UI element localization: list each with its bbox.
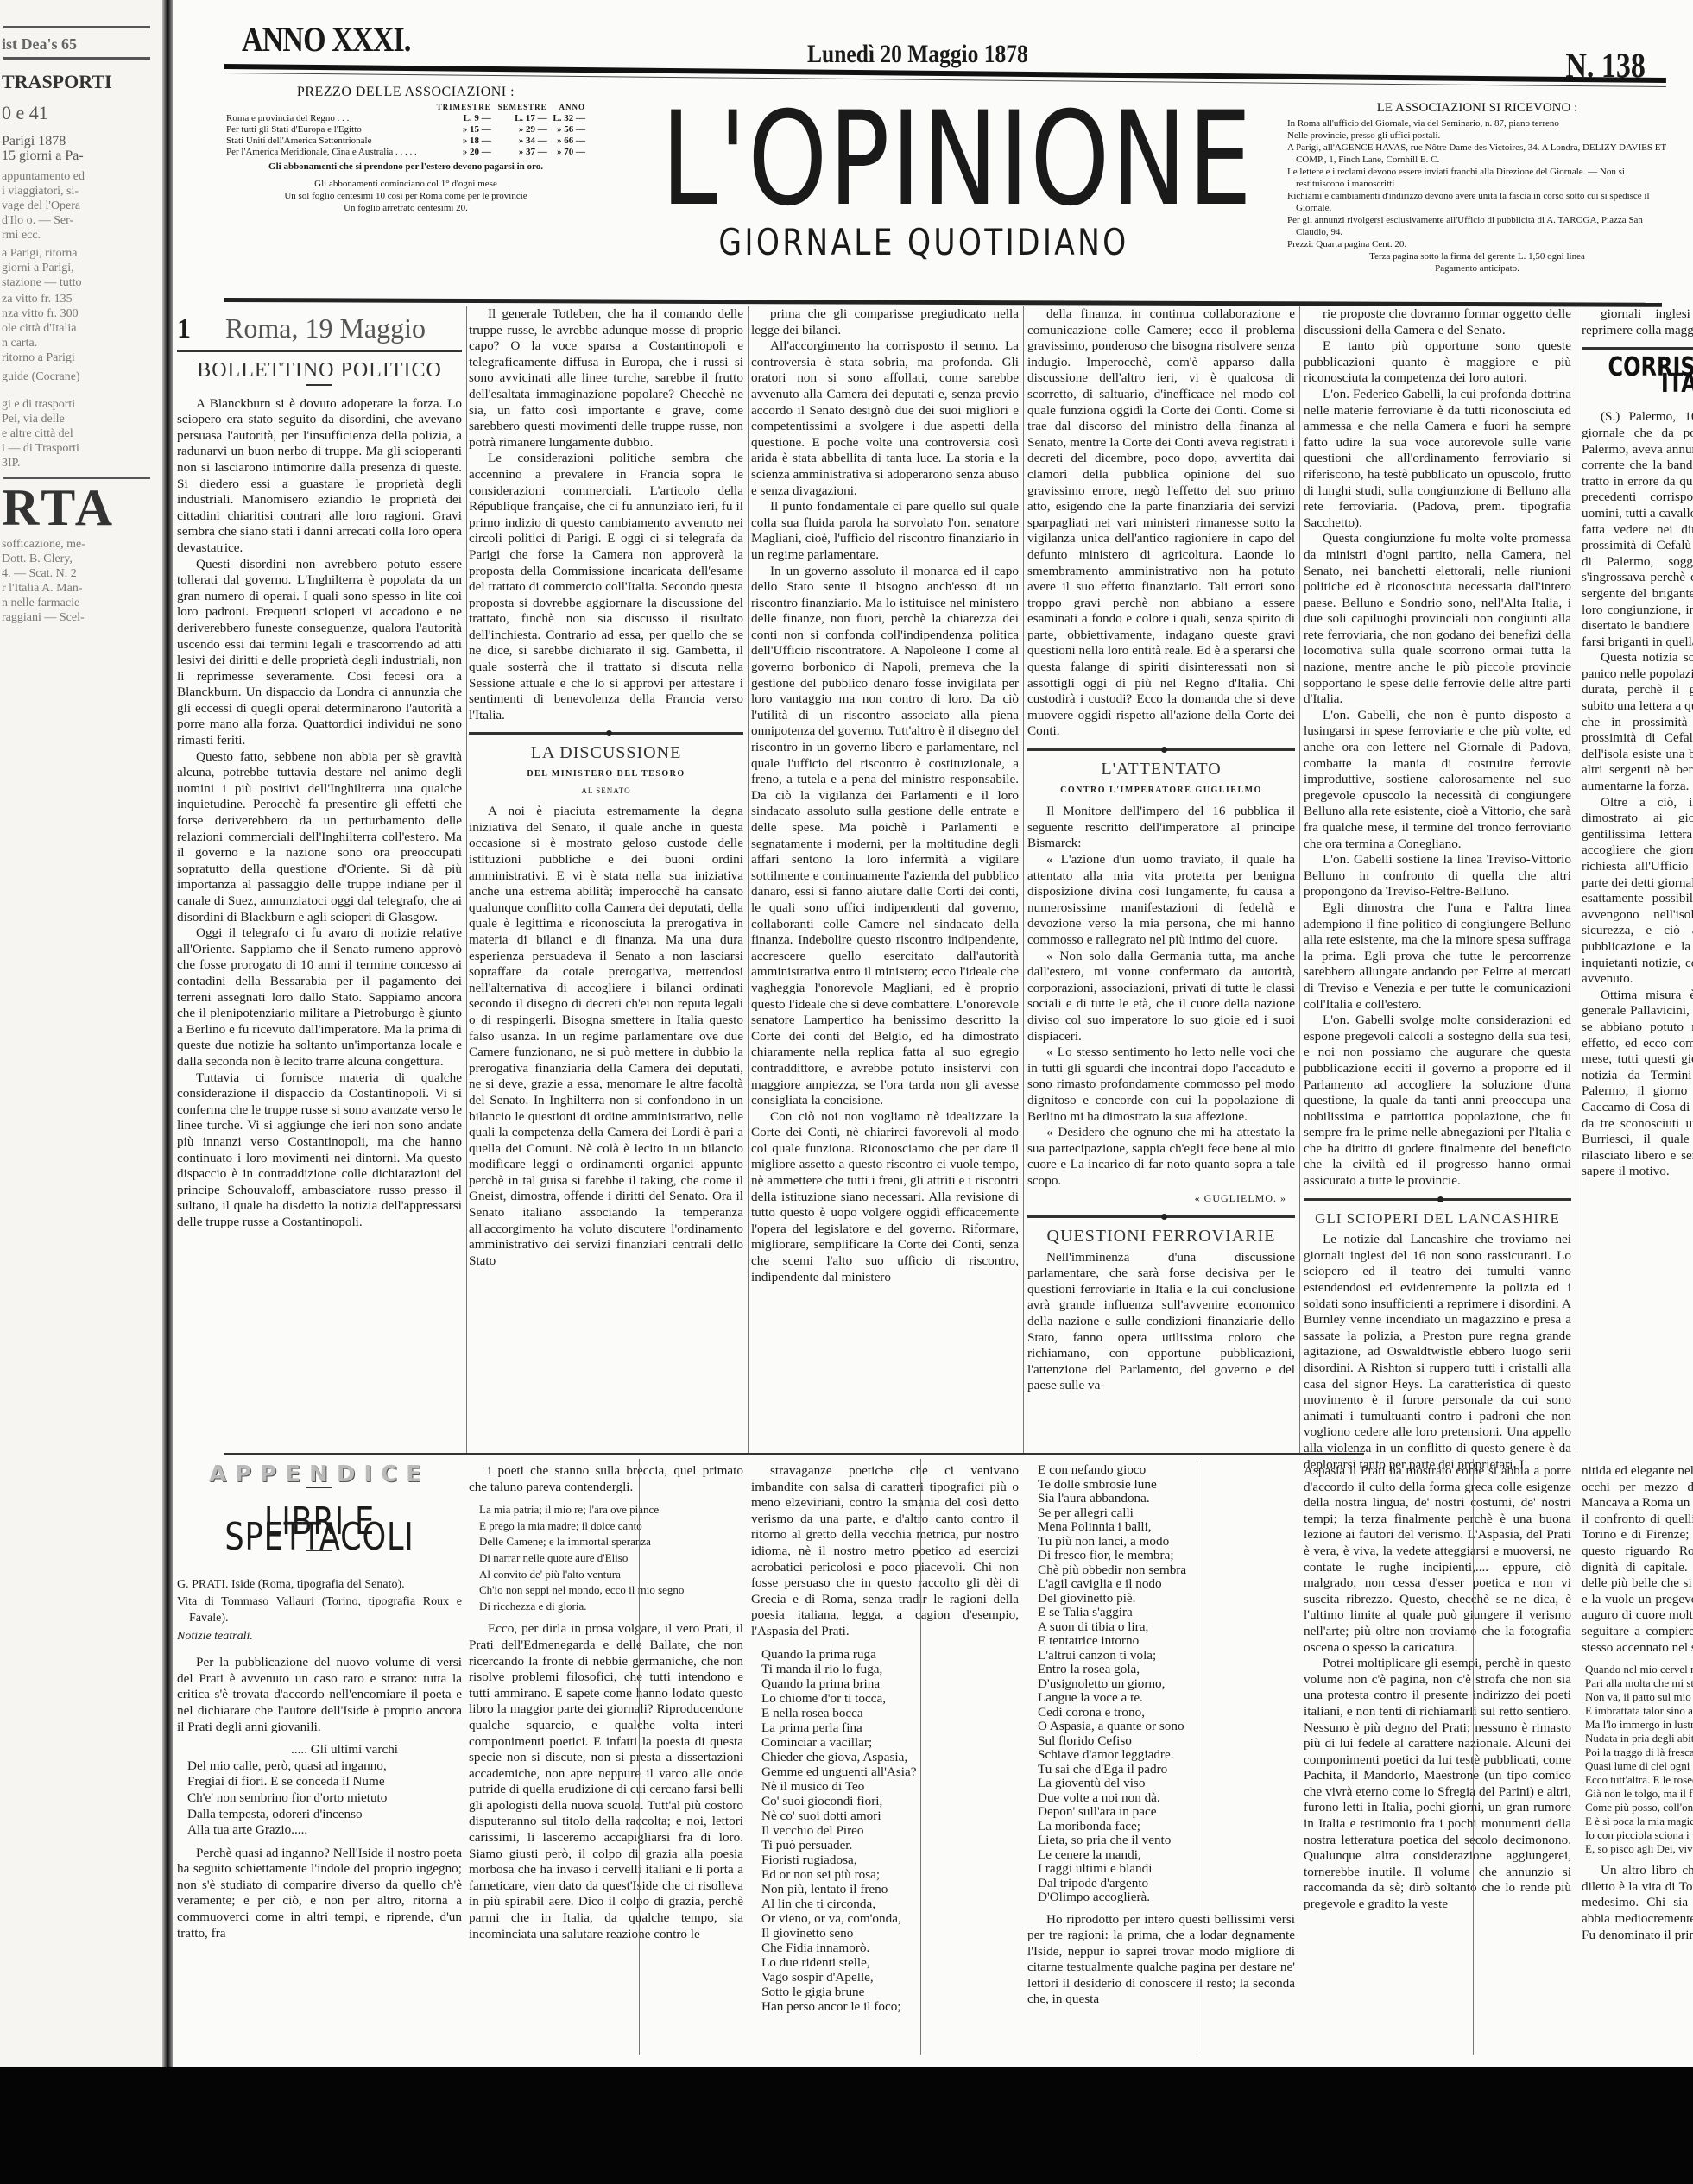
column-6: giornali inglesi invitano il governo a r… <box>1582 306 1693 1455</box>
divider <box>3 57 150 60</box>
scan-background <box>0 2067 1693 2184</box>
paragraph: Il generale Totleben, che ha il comando … <box>469 306 743 451</box>
paragraph: giornali inglesi invitano il governo a r… <box>1582 306 1693 338</box>
verse-line: O Aspasia, a quante or sono <box>1038 1720 1295 1734</box>
verse-line: Quando la prima brina <box>761 1676 1019 1691</box>
assoc-line: Nelle provincie, presso gli uffici posta… <box>1287 129 1667 142</box>
verse-line: Nè co' suoi dotti amori <box>761 1808 1019 1823</box>
section-heading: L'ATTENTATO <box>1027 761 1295 778</box>
appendix-label: APPENDICE <box>177 1467 462 1483</box>
paragraph: Questi disordini non avrebbero potuto es… <box>177 557 462 749</box>
paragraph: Il Monitore dell'impero del 16 pubblica … <box>1027 804 1295 852</box>
verse-line: Delle Camene; e la immortal speranza <box>479 1534 743 1550</box>
verse-line: Due volte a noi non dà. <box>1038 1791 1295 1806</box>
paragraph: Ecco, per dirla in prosa volgare, il ver… <box>469 1621 743 1942</box>
verse-line: La prima perla fina <box>761 1720 1019 1735</box>
paragraph: E tanto più opportune sono queste pubbli… <box>1304 338 1571 387</box>
verse-line: L'agil caviglia e il nodo <box>1038 1577 1295 1592</box>
paragraph: Questa notizia sollevò naturalmente un c… <box>1582 650 1693 794</box>
verse-line: I raggi ultimi e blandi <box>1038 1862 1295 1877</box>
appendix-column-5: Aspasia il Prati ha mostrato come si abb… <box>1304 1463 1571 2059</box>
verse-line: La mia patria; il mio re; l'ara ove pian… <box>479 1502 743 1518</box>
fragment: a Parigi, ritorna giorni a Parigi, stazi… <box>2 246 154 290</box>
paragraph: stravaganze poetiche che ci venivano imb… <box>751 1463 1019 1640</box>
column-separator <box>1576 306 1576 1455</box>
col-header: TRIMESTRE <box>431 102 492 113</box>
verse-line: Chè più obbedir non sembra <box>1038 1563 1295 1578</box>
paragraph: nitida ed elegante nella quale ci viene … <box>1582 1463 1693 1656</box>
verse-line: Già non le tolgo, ma il fo gentili, <box>1585 1787 1693 1801</box>
verse-line: Nudata in pria degli abiti pitocchi, <box>1585 1732 1693 1745</box>
section-rule <box>1027 1215 1295 1218</box>
verse-line: Schiave d'amor leggiadre. <box>1038 1748 1295 1763</box>
verse-line: Quasi lume di ciel ogni sua parte. <box>1585 1759 1693 1773</box>
verse-line: Ch'e' non sembrino fior d'orto mietuto <box>187 1790 462 1807</box>
verse-line: E prego la mia madre; il dolce canto <box>479 1518 743 1535</box>
price-value: » 18 — <box>431 136 492 147</box>
verse-line: E imbrattata talor sino ai ginocchi. <box>1585 1704 1693 1718</box>
column-separator <box>748 306 749 1455</box>
verse-line: Sul florido Cefiso <box>1038 1734 1295 1749</box>
assoc-line: Per gli annunzi rivolgersi esclusivament… <box>1287 214 1667 238</box>
assoc-line: Pagamento anticipato. <box>1287 262 1667 275</box>
section-kicker: CONTRO L'IMPERATORE GUGLIELMO <box>1027 783 1295 799</box>
appendix-rule <box>224 1453 1364 1455</box>
verse-line: Di fresco fior, le membra; <box>1038 1549 1295 1563</box>
verse-line: Cedi corona e trono, <box>1038 1706 1295 1720</box>
verse-line: Gemme ed unguenti all'Asia? <box>761 1764 1019 1779</box>
verse-line: Ti può persuader. <box>761 1838 1019 1853</box>
subscription-prices: PREZZO DELLE ASSOCIAZIONI : TRIMESTRE SE… <box>224 85 587 214</box>
verse-line: Quando nel mio cervel nasce una gente <box>1585 1663 1693 1676</box>
paragraph: Egli dimostra che l'una e l'altra linea … <box>1304 900 1571 1013</box>
price-row: Roma e provincia del Regno . . . L. 9 — … <box>224 113 587 124</box>
paragraph: « Lo stesso sentimento ho letto nelle vo… <box>1027 1045 1295 1125</box>
verse-line: Fioristi rugiadosa, <box>761 1853 1019 1867</box>
verse-line: La gioventù del viso <box>1038 1777 1295 1791</box>
assoc-line: Terza pagina sotto la firma del gerente … <box>1287 250 1667 262</box>
section-heading: BOLLETTINO POLITICO <box>177 363 462 379</box>
adjacent-page-strip: ist Dea's 65 TRASPORTI 0 e 41 Parigi 187… <box>0 0 173 2067</box>
section-rule <box>1304 1198 1571 1201</box>
fragment: gi e di trasporti Pei, via delle e altre… <box>2 397 154 470</box>
paragraph: « L'azione d'un uomo traviato, il quale … <box>1027 852 1295 949</box>
verse-line: Non più, lentato il freno <box>761 1882 1019 1897</box>
reference: Notizie teatrali. <box>177 1629 462 1645</box>
section-rule <box>1027 748 1295 751</box>
paragraph: Potrei moltiplicare gli esempi, perchè i… <box>1304 1656 1571 1913</box>
price-row: Stati Uniti dell'America Settentrionale … <box>224 136 587 147</box>
verse-line: Lieta, so pria che il vento <box>1038 1834 1295 1848</box>
verse: Quando la prima ruga Ti manda il rio lo … <box>761 1647 1019 2014</box>
paragraph: prima che gli comparisse pregiudicato ne… <box>751 306 1019 338</box>
fragment: appuntamento ed i viaggiatori, si- vage … <box>2 169 154 243</box>
assoc-heading: LE ASSOCIAZIONI SI RICEVONO : <box>1287 102 1667 114</box>
paragraph: rie proposte che dovranno formar oggetto… <box>1304 306 1571 338</box>
verse-line: Alla tua arte Grazio..... <box>187 1822 462 1839</box>
paragraph: L'on. Federico Gabelli, la cui profonda … <box>1304 387 1571 531</box>
verse-line: Il vecchio del Pireo <box>761 1823 1019 1838</box>
column-4: della finanza, in continua collaborazion… <box>1027 306 1295 1455</box>
column-2: Il generale Totleben, che ha il comando … <box>469 306 743 1455</box>
column-separator <box>920 1459 921 2055</box>
price-value: » 56 — <box>549 124 587 136</box>
price-label: Per l'America Meridionale, Cina e Austra… <box>224 147 431 158</box>
verse: ..... Gli ultimi varchi Del mio calle, p… <box>187 1742 462 1839</box>
price-value: L. 9 — <box>431 113 492 124</box>
paragraph: A noi è piaciuta estremamente la degna i… <box>469 804 743 1269</box>
verse-line: Dalla tempesta, odoreri d'incenso <box>187 1807 462 1823</box>
paragraph: L'on. Gabelli, che non è punto disposto … <box>1304 708 1571 852</box>
verse-line: Ch'io non seppi nel mondo, ecco il mio s… <box>479 1582 743 1599</box>
paragraph: L'on. Gabelli svolge molte considerazion… <box>1304 1013 1571 1190</box>
price-value: » 29 — <box>493 124 549 136</box>
paragraph: L'on. Gabelli sostiene la linea Treviso-… <box>1304 852 1571 900</box>
section-rule <box>469 732 743 735</box>
column-separator <box>1299 306 1300 1455</box>
verse: La mia patria; il mio re; l'ara ove pian… <box>479 1502 743 1614</box>
prices-table: TRIMESTRE SEMESTRE ANNO Roma e provincia… <box>224 102 587 158</box>
paragraph: « Non solo dalla Germania tutta, ma anch… <box>1027 949 1295 1045</box>
price-value: » 20 — <box>431 147 492 158</box>
section-heading: GLI SCIOPERI DEL LANCASHIRE <box>1304 1211 1571 1228</box>
fragment: sofficazione, me- Dott. B. Clery, 4. — S… <box>2 537 154 625</box>
verse-line: Ecco tutt'altra. E le roseo lino e il pi… <box>1585 1773 1693 1787</box>
verse-line: Ma l'lo immergo in lustrali acque repent… <box>1585 1718 1693 1732</box>
paragraph: Aspasia il Prati ha mostrato come si abb… <box>1304 1463 1571 1656</box>
price-label: Per tutti gli Stati d'Europa e l'Egitto <box>224 124 431 136</box>
section-kicker: AL SENATO <box>469 783 743 799</box>
verse-line: Tu più non lanci, a modo <box>1038 1535 1295 1550</box>
appendix-column-1: APPENDICE LIBRI E SPETTACOLI G. PRATI. I… <box>177 1463 462 2059</box>
col-header: SEMESTRE <box>493 102 549 113</box>
dateline: 1 Roma, 19 Maggio <box>177 306 462 352</box>
verse-line: Te dolle smbrosie lune <box>1038 1478 1295 1493</box>
appendix-column-4: E con nefando gioco Te dolle smbrosie lu… <box>1027 1463 1295 2059</box>
reviewed-works: G. PRATI. Iside (Roma, tipografia del Se… <box>177 1577 462 1644</box>
paragraph: Questa congiunzione fu molte volte prome… <box>1304 531 1571 708</box>
verse-line: Han perso ancor le il foco; <box>761 1999 1019 2014</box>
reference: Vita di Tommaso Vallauri (Torino, tipogr… <box>177 1594 462 1626</box>
section-heading: CORRISPONDENZE ITALIANE <box>1608 360 1693 392</box>
newspaper-title: L'OPINIONE <box>661 95 1186 224</box>
verse-line: Quando la prima ruga <box>761 1647 1019 1662</box>
signature: « GUGLIELMO. » <box>1027 1190 1286 1207</box>
price-label: Stati Uniti dell'America Settentrionale <box>224 136 431 147</box>
col-header: ANNO <box>549 102 587 113</box>
appendix-column-6: nitida ed elegante nella quale ci viene … <box>1582 1463 1693 2059</box>
paragraph: Ho riprodotto per intero questi bellissi… <box>1027 1912 1295 2009</box>
price-value: » 34 — <box>493 136 549 147</box>
paragraph: Nell'imminenza d'una discussione parlame… <box>1027 1250 1295 1394</box>
verse-line: Vago sospir d'Apelle, <box>761 1970 1019 1985</box>
paragraph: Le notizie dal Lancashire che troviamo n… <box>1304 1232 1571 1473</box>
verse-line: Al convito de' più l'alto ventura <box>479 1567 743 1583</box>
prices-note: Un sol foglio centesimi 10 così per Roma… <box>224 190 587 202</box>
verse-line: Di ricchezza e di gloria. <box>479 1599 743 1615</box>
appendix-column-2: i poeti che stanno sulla breccia, quel p… <box>469 1463 743 2059</box>
paragraph: Tuttavia ci fornisce materia di qualche … <box>177 1070 462 1231</box>
masthead: L'OPINIONE GIORNALE QUOTIDIANO <box>587 95 1260 263</box>
column-separator <box>466 306 467 1455</box>
section-rule <box>1582 347 1693 350</box>
column-3: prima che gli comparisse pregiudicato ne… <box>751 306 1019 1455</box>
fragment: Parigi 1878 15 giorni a Pa- <box>2 134 154 163</box>
verse-line: E, so pisco agli Dei, vivere in carte. <box>1585 1842 1693 1856</box>
verse-line: Io con picciola sciona i vili <box>1585 1828 1693 1842</box>
assoc-line: A Parigi, all'AGENCE HAVAS, rue Nôtre Da… <box>1287 142 1667 166</box>
verse-line: Come più posso, coll'onor del canto. <box>1585 1801 1693 1815</box>
subscription-info: LE ASSOCIAZIONI SI RICEVONO : In Roma al… <box>1287 102 1667 275</box>
fragment: TRASPORTI <box>2 71 154 93</box>
price-value: L. 32 — <box>549 113 587 124</box>
verse-line: Lo chiome d'or ti tocca, <box>761 1691 1019 1706</box>
verse-line: Il giovinetto seno <box>761 1926 1019 1941</box>
paragraph: « Desidero che ognuno che mi ha attestat… <box>1027 1125 1295 1189</box>
fragment: za vitto fr. 135 nza vitto fr. 300 ole c… <box>2 292 154 365</box>
paragraph: Le considerazioni politiche sembra che a… <box>469 451 743 723</box>
column-separator <box>1023 306 1024 1455</box>
verse-line: Depon' sull'ara in pace <box>1038 1805 1295 1820</box>
gold-payment-note: Gli abbonamenti che si prendono per l'es… <box>224 161 587 173</box>
appendix-title: LIBRI E SPETTACOLI <box>205 1514 433 1546</box>
volume-label: ANNO XXXI. <box>242 19 411 60</box>
verse-line: Langue la voce a te. <box>1038 1691 1295 1706</box>
verse-line: A suon di tibia o lira, <box>1038 1620 1295 1635</box>
paragraph: Con ciò noi non vogliamo nè idealizzare … <box>751 1109 1019 1286</box>
paragraph: Ottima misura è senza dubbio questa del … <box>1582 988 1693 1180</box>
page-number: 1 <box>177 306 191 350</box>
divider <box>3 26 150 28</box>
paragraph: Il punto fondamentale ci pare quello sul… <box>751 499 1019 563</box>
dateline-text: Roma, 19 Maggio <box>225 306 426 350</box>
price-label: Roma e provincia del Regno . . . <box>224 113 431 124</box>
section-heading: QUESTIONI FERROVIARIE <box>1027 1228 1295 1245</box>
verse-line: Le cenere la mandi, <box>1038 1848 1295 1863</box>
verse-line: Or vieno, or va, com'onda, <box>761 1911 1019 1926</box>
column-5: rie proposte che dovranno formar oggetto… <box>1304 306 1571 1455</box>
prices-heading: PREZZO DELLE ASSOCIAZIONI : <box>224 85 587 100</box>
verse-line: E con nefando gioco <box>1038 1463 1295 1478</box>
verse-line: Poi la traggo di là fresca e nitente <box>1585 1745 1693 1759</box>
verse-line: Se per allegri calli <box>1038 1506 1295 1521</box>
paragraph: i poeti che stanno sulla breccia, quel p… <box>469 1463 743 1495</box>
fragment: RTA <box>2 480 154 535</box>
paragraph: All'accorgimento ha corrisposto il senno… <box>751 338 1019 499</box>
verse-line: Pari alla molta che mi sta sugli occhi, <box>1585 1676 1693 1690</box>
verse-line: Lo due ridenti stelle, <box>761 1955 1019 1970</box>
paragraph: Per la pubblicazione del nuovo volume di… <box>177 1655 462 1735</box>
verse-line: Del mio calle, però, quasi ad inganno, <box>187 1758 462 1775</box>
verse-line: Sia l'aura abbandona. <box>1038 1492 1295 1506</box>
verse-line: Ti manda il rio lo fuga, <box>761 1662 1019 1676</box>
verse-line: Nè il musico di Teo <box>761 1779 1019 1794</box>
paragraph: Questo fatto, sebbene non abbia per sè g… <box>177 749 462 926</box>
verse-line: E nella rosea bocca <box>761 1706 1019 1720</box>
verse-line: D'usignoletto un giorno, <box>1038 1677 1295 1692</box>
verse-line: L'altrui canzon ti vola; <box>1038 1649 1295 1663</box>
paragraph: (S.) Palermo, 16 maggio. — La Vedetta, g… <box>1582 409 1693 650</box>
verse-line: Mena Polinnia i balli, <box>1038 1520 1295 1535</box>
verse-line: Dal tripode d'argento <box>1038 1877 1295 1891</box>
verse-line: E se Talia s'aggira <box>1038 1606 1295 1620</box>
verse-line: ..... Gli ultimi varchi <box>187 1742 462 1758</box>
paragraph: A Blanckburn si è dovuto adoperare la fo… <box>177 396 462 557</box>
assoc-line: In Roma all'ufficio del Giornale, via de… <box>1287 117 1667 129</box>
header-top: ANNO XXXI. Lunedì 20 Maggio 1878 N. 138 <box>173 0 1693 69</box>
newspaper-page: ANNO XXXI. Lunedì 20 Maggio 1878 N. 138 … <box>173 0 1693 2067</box>
section-heading: LA DISCUSSIONE <box>469 745 743 761</box>
reference: G. PRATI. Iside (Roma, tipografia del Se… <box>177 1577 462 1594</box>
assoc-line: Prezzi: Quarta pagina Cent. 20. <box>1287 238 1667 250</box>
price-value: » 15 — <box>431 124 492 136</box>
verse-line: Che Fidia innamorò. <box>761 1941 1019 1955</box>
fragment: ist Dea's 65 <box>2 33 154 55</box>
verse-line: Co' suoi giocondi fiori, <box>761 1794 1019 1808</box>
verse: E con nefando gioco Te dolle smbrosie lu… <box>1038 1463 1295 1905</box>
assoc-line: Le lettere e i reclami devono essere inv… <box>1287 166 1667 190</box>
verse-line: Fregiai di fiori. E se conceda il Nume <box>187 1774 462 1790</box>
paragraph: Un altro libro che mi ha recato grandiss… <box>1582 1863 1693 1943</box>
verse-line: Non va, il patto sul mio cuor si mente, <box>1585 1690 1693 1704</box>
prices-note: Gli abbonamenti cominciano col 1° d'ogni… <box>224 178 587 190</box>
verse-line: Entro la rosea gola, <box>1038 1663 1295 1677</box>
paragraph: Oltre a ciò, il generale Pallavicini ha … <box>1582 795 1693 988</box>
fragment: 0 e 41 <box>2 102 154 124</box>
newspaper-subtitle: GIORNALE QUOTIDIANO <box>648 221 1200 263</box>
paragraph: della finanza, in continua collaborazion… <box>1027 306 1295 740</box>
price-row: Per l'America Meridionale, Cina e Austra… <box>224 147 587 158</box>
verse-line: Ed or non sei più rosa; <box>761 1867 1019 1882</box>
fragment: guide (Cocrane) <box>2 369 154 384</box>
price-value: L. 17 — <box>493 113 549 124</box>
assoc-line: Richiami e cambiamenti d'indirizzo devon… <box>1287 190 1667 214</box>
verse-line: D'Olimpo accoglierà. <box>1038 1890 1295 1905</box>
verse-line: Al lin che ti circonda, <box>761 1897 1019 1911</box>
verse-line: Cominciar a vacillar; <box>761 1735 1019 1750</box>
paragraph: In un governo assoluto il monarca ed il … <box>751 564 1019 1109</box>
paragraph: Oggi il telegrafo ci fu avaro di notizie… <box>177 925 462 1070</box>
price-value: » 66 — <box>549 136 587 147</box>
verse-line: E tentatrice intorno <box>1038 1634 1295 1649</box>
prices-note: Un foglio arretrato centesimi 20. <box>224 202 587 214</box>
verse-line: E è sì poca la mia magic'arte, <box>1585 1815 1693 1828</box>
verse-line: Del giovinetto piè. <box>1038 1592 1295 1606</box>
section-kicker: DEL MINISTERO DEL TESORO <box>469 767 743 783</box>
verse-line: Tu sai che d'Ega il padro <box>1038 1763 1295 1777</box>
issue-date: Lunedì 20 Maggio 1878 <box>807 40 1028 69</box>
price-value: » 70 — <box>549 147 587 158</box>
column-separator <box>639 1459 640 2055</box>
verse-line: Sotto le gigia brune <box>761 1985 1019 1999</box>
column-separator <box>1473 1459 1474 2055</box>
verse-line: Chieder che giova, Aspasia, <box>761 1750 1019 1764</box>
price-row: Per tutti gli Stati d'Europa e l'Egitto … <box>224 124 587 136</box>
price-value: » 37 — <box>493 147 549 158</box>
verse-line: Di narrar nelle quote aure d'Eliso <box>479 1550 743 1567</box>
page-gutter <box>162 0 173 2067</box>
paragraph: Perchè quasi ad inganno? Nell'Iside il n… <box>177 1846 462 1942</box>
column-1: 1 Roma, 19 Maggio BOLLETTINO POLITICO A … <box>177 306 462 1455</box>
divider <box>306 384 332 386</box>
verse-line: La moribonda face; <box>1038 1820 1295 1834</box>
sonnet: Quando nel mio cervel nasce una gente Pa… <box>1585 1663 1693 1856</box>
appendix-column-3: stravaganze poetiche che ci venivano imb… <box>751 1463 1019 2059</box>
column-separator <box>1197 1459 1197 2055</box>
